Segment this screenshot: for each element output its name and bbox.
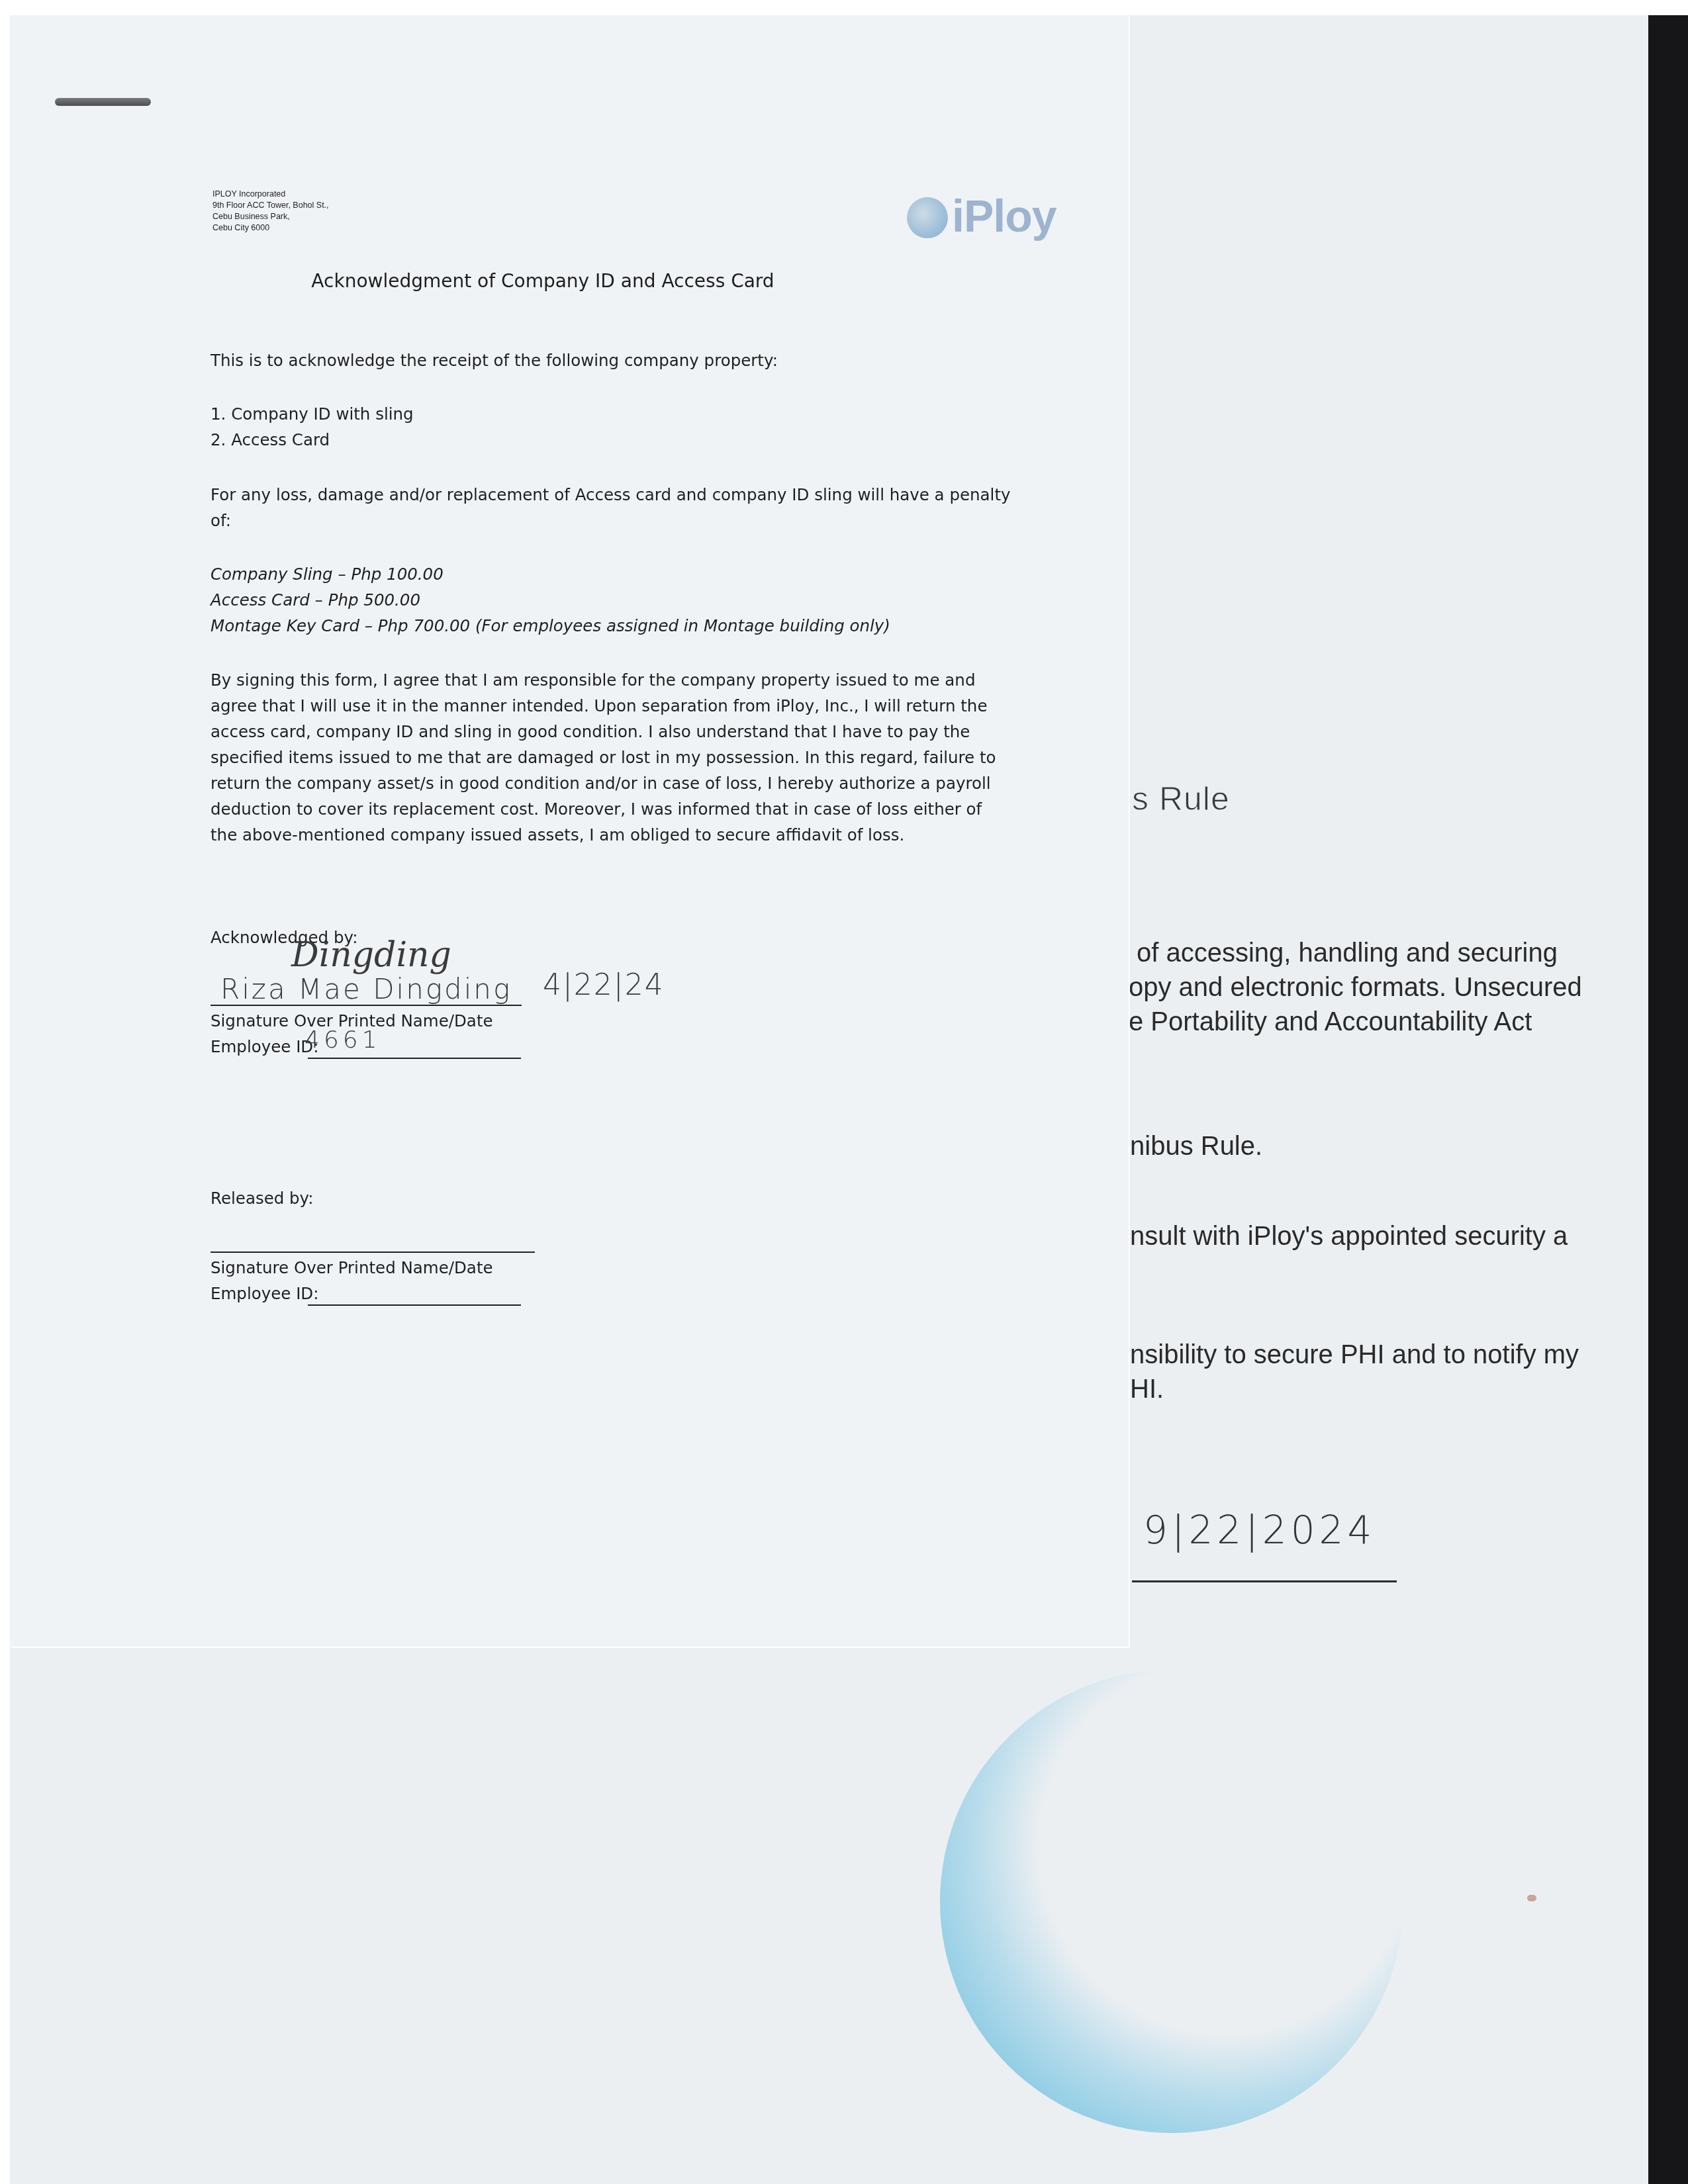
back-page-line: e Portability and Accountability Act (1129, 1007, 1532, 1037)
back-page-date: 9|22|2024 (1143, 1508, 1376, 1553)
stain-mark (1527, 1895, 1536, 1901)
agreement-line: deduction to cover its replacement cost.… (211, 796, 982, 822)
company-name: IPLOY Incorporated (212, 189, 329, 200)
property-item: 2. Access Card (211, 427, 330, 453)
employee-id-value: 4661 (305, 1026, 381, 1054)
front-page: IPLOY Incorporated 9th Floor ACC Tower, … (10, 15, 1129, 1647)
back-page-line: HI. (1130, 1375, 1164, 1404)
back-page-line: nsibility to secure PHI and to notify my (1130, 1340, 1579, 1370)
agreement-line: return the company asset/s in good condi… (211, 770, 991, 796)
employee-id-line (308, 1058, 521, 1059)
globe-watermark-icon (940, 1670, 1403, 2133)
back-page-line: nsult with iPloy's appointed security a (1130, 1222, 1568, 1251)
company-address: IPLOY Incorporated 9th Floor ACC Tower, … (212, 189, 329, 234)
signature-line (211, 1005, 522, 1006)
logo-text: iPloy (952, 191, 1056, 242)
back-page-heading: s Rule (1132, 780, 1230, 818)
scanner-edge (1648, 15, 1688, 2184)
agreement-line: specified items issued to me that are da… (211, 745, 996, 770)
signature-line (211, 1251, 535, 1253)
back-page-line: opy and electronic formats. Unsecured (1129, 973, 1582, 1003)
back-page-line: of accessing, handling and securing (1137, 938, 1558, 968)
handwritten-signature: Dingding (291, 935, 451, 975)
agreement-line: agree that I will use it in the manner i… (211, 693, 987, 719)
agreement-line: the above-mentioned company issued asset… (211, 822, 904, 848)
penalty-item: Access Card – Php 500.00 (211, 587, 420, 613)
handwritten-printed-name: Riza Mae Dingding (220, 973, 512, 1005)
address-line: Cebu Business Park, (212, 211, 329, 222)
intro-text: This is to acknowledge the receipt of th… (211, 347, 778, 373)
back-page-line: nibus Rule. (1130, 1132, 1262, 1161)
address-line: 9th Floor ACC Tower, Bohol St., (212, 200, 329, 211)
logo-globe-icon (907, 197, 948, 238)
penalty-intro: For any loss, damage and/or replacement … (211, 482, 1011, 508)
company-logo: iPloy (907, 191, 1086, 244)
property-item: 1. Company ID with sling (211, 401, 414, 427)
employee-id-line (308, 1304, 521, 1306)
agreement-line: By signing this form, I agree that I am … (211, 667, 975, 693)
back-page-date-line (1132, 1580, 1397, 1582)
penalty-item: Montage Key Card – Php 700.00 (For emplo… (211, 613, 890, 639)
penalty-item: Company Sling – Php 100.00 (211, 561, 444, 587)
penalty-intro-cont: of: (211, 508, 231, 533)
document-title: Acknowledgment of Company ID and Access … (0, 270, 1102, 292)
address-line: Cebu City 6000 (212, 222, 329, 234)
employee-id-label: Employee ID: (211, 1281, 318, 1306)
handwritten-date: 4|22|24 (543, 968, 665, 1002)
agreement-line: access card, company ID and sling in goo… (211, 719, 970, 745)
signature-caption: Signature Over Printed Name/Date (211, 1255, 493, 1281)
released-label: Released by: (211, 1185, 314, 1211)
staple-icon (55, 98, 151, 106)
employee-id-label: Employee ID: (211, 1034, 318, 1060)
